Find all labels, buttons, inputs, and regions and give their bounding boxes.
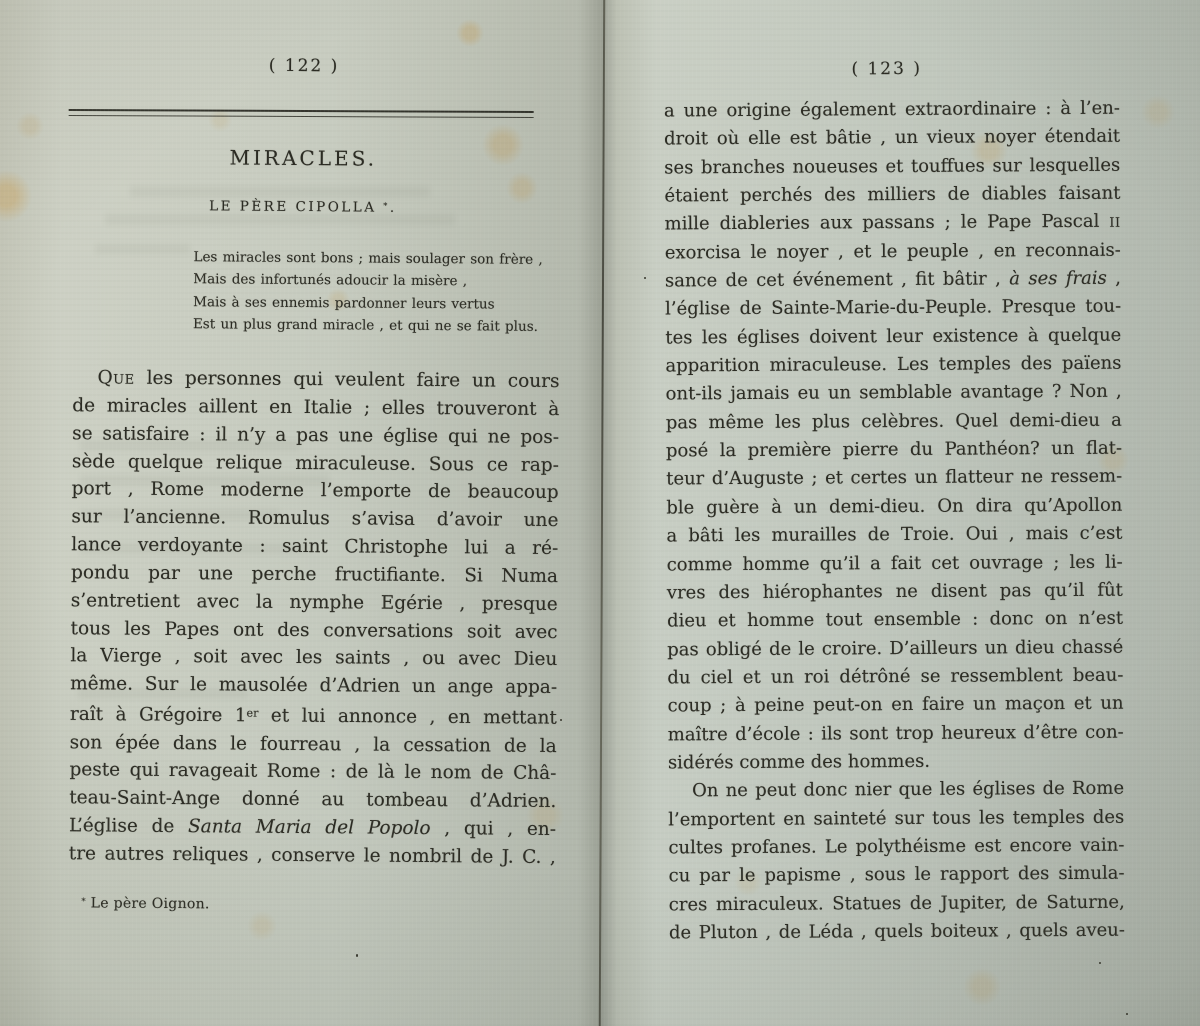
page-number-left: ( 122 ) (3, 54, 605, 79)
text-line: cu par le papisme , sous le rapport des … (669, 860, 1125, 891)
page-123-content: ( 123 ) a une origine également extraord… (599, 0, 1200, 1026)
text-line: ble guère à un demi-dieu. On dira qu’Apo… (666, 491, 1122, 522)
text-line: coup ; à peine peut-on en faire un maçon… (667, 690, 1123, 721)
text-line: teur d’Auguste ; et certes un flatteur n… (666, 463, 1122, 494)
text-line: sède quelque relique miraculeuse. Sous c… (72, 448, 559, 480)
page-number-right: ( 123 ) (588, 57, 1186, 81)
chapter-title: MIRACLES. (2, 144, 604, 173)
text-line: raît à Grégoire 1er et lui annonce , en … (70, 698, 557, 732)
text-line: son épée dans le fourreau , la cessation… (70, 729, 557, 761)
text-line: Que les personnes qui veulent faire un c… (72, 364, 559, 396)
text-line: dieu et homme tout ensemble : donc on n’… (667, 605, 1123, 636)
page-123: ( 123 ) a une origine également extraord… (602, 0, 1200, 1026)
text-line: posé la première pierre du Panthéon? un … (666, 435, 1122, 466)
text-line: comme homme qu’il a fait cet ouvrage ; l… (667, 548, 1123, 579)
book-scan: ( 122 ) MIRACLES. LE PÈRE CIPOLLA *. Les… (0, 0, 1200, 1026)
text-line: droit où elle est bâtie , un vieux noyer… (664, 123, 1120, 154)
text-line: l’église de Sainte-Marie-du-Peuple. Pres… (665, 293, 1121, 324)
text-line: pas obligé de le croire. D’ailleurs un d… (667, 633, 1123, 664)
text-line: Est un plus grand miracle , et qui ne se… (193, 313, 542, 338)
text-line: vres des hiérophantes ne disent pas qu’i… (667, 576, 1123, 607)
page-122-content: ( 122 ) MIRACLES. LE PÈRE CIPOLLA *. Les… (0, 0, 606, 1026)
text-line: la Vierge , soit avec les saints , ou av… (70, 643, 557, 675)
text-line: sur l’ancienne. Romulus s’avisa d’avoir … (71, 503, 558, 535)
text-line: ont-ils jamais eu un semblable avantage … (666, 378, 1122, 409)
text-line: ses branches noueuses et touffues sur le… (664, 151, 1120, 182)
epigraph-verse: Les miracles sont bons ; mais soulager s… (193, 246, 543, 338)
text-line: mille diableries aux passans ; le Pape P… (665, 208, 1121, 239)
text-line: port , Rome moderne l’emporte de beaucou… (72, 476, 559, 508)
text-line: On ne peut donc nier que les églises de … (668, 775, 1124, 806)
text-line: pas même les plus celèbres. Quel demi-di… (666, 406, 1122, 437)
text-line: se satisfaire : il n’y a pas une église … (72, 420, 559, 452)
body-text-left: Que les personnes qui veulent faire un c… (69, 364, 560, 872)
text-line: de miracles aillent en Italie ; elles tr… (72, 392, 559, 424)
text-line: de Pluton , de Léda , quels boiteux , qu… (669, 917, 1125, 948)
body-text-right: a une origine également extraordinaire :… (664, 95, 1125, 948)
text-line: même. Sur le mausolée d’Adrien un ange a… (70, 670, 557, 702)
text-line: lance verdoyante : saint Christophe lui … (71, 531, 558, 563)
header-double-rule (69, 109, 534, 118)
text-line: pondu par une perche fructifiante. Si Nu… (71, 559, 558, 591)
text-line: cultes profanes. Le polythéisme est enco… (668, 832, 1124, 863)
footnote: * Le père Oignon. (81, 895, 209, 912)
text-line: Mais à ses ennemis pardonner leurs vertu… (193, 291, 542, 316)
text-line: sidérés comme des hommes. (668, 747, 1124, 778)
text-line: peste qui ravageait Rome : de là le nom … (69, 757, 556, 789)
page-122: ( 122 ) MIRACLES. LE PÈRE CIPOLLA *. Les… (0, 0, 602, 1026)
text-line: Mais des infortunés adoucir la misère , (193, 268, 542, 293)
text-line: a une origine également extraordinaire :… (664, 95, 1120, 126)
text-line: L’église de Santa Maria del Popolo , qui… (69, 812, 556, 844)
text-line: du ciel et un roi détrôné se ressemblent… (667, 662, 1123, 693)
text-line: sance de cet événement , fit bâtir , à s… (665, 265, 1121, 296)
text-line: exorcisa le noyer , et le peuple , en re… (665, 236, 1121, 267)
text-line: l’emportent en sainteté sur tous les tem… (668, 803, 1124, 834)
text-line: tes les églises doivent leur existence à… (665, 321, 1121, 352)
text-line: tre autres reliques , conserve le nombri… (69, 840, 556, 872)
text-line: apparition miraculeuse. Les temples des … (665, 350, 1121, 381)
text-line: teau-Saint-Ange donné au tombeau d’Adrie… (69, 785, 556, 817)
text-line: Les miracles sont bons ; mais soulager s… (193, 246, 542, 271)
section-subtitle: LE PÈRE CIPOLLA *. (2, 197, 604, 218)
text-line: tous les Papes ont des conversations soi… (70, 615, 557, 647)
text-line: étaient perchés des milliers de diables … (664, 180, 1120, 211)
text-line: a bâti les murailles de Troie. Oui , mai… (666, 520, 1122, 551)
text-line: s’entretient avec la nymphe Egérie , pre… (71, 587, 558, 619)
text-line: cres miraculeux. Statues de Jupiter, de … (669, 888, 1125, 919)
text-line: maître d’école : ils sont trop heureux d… (668, 718, 1124, 749)
